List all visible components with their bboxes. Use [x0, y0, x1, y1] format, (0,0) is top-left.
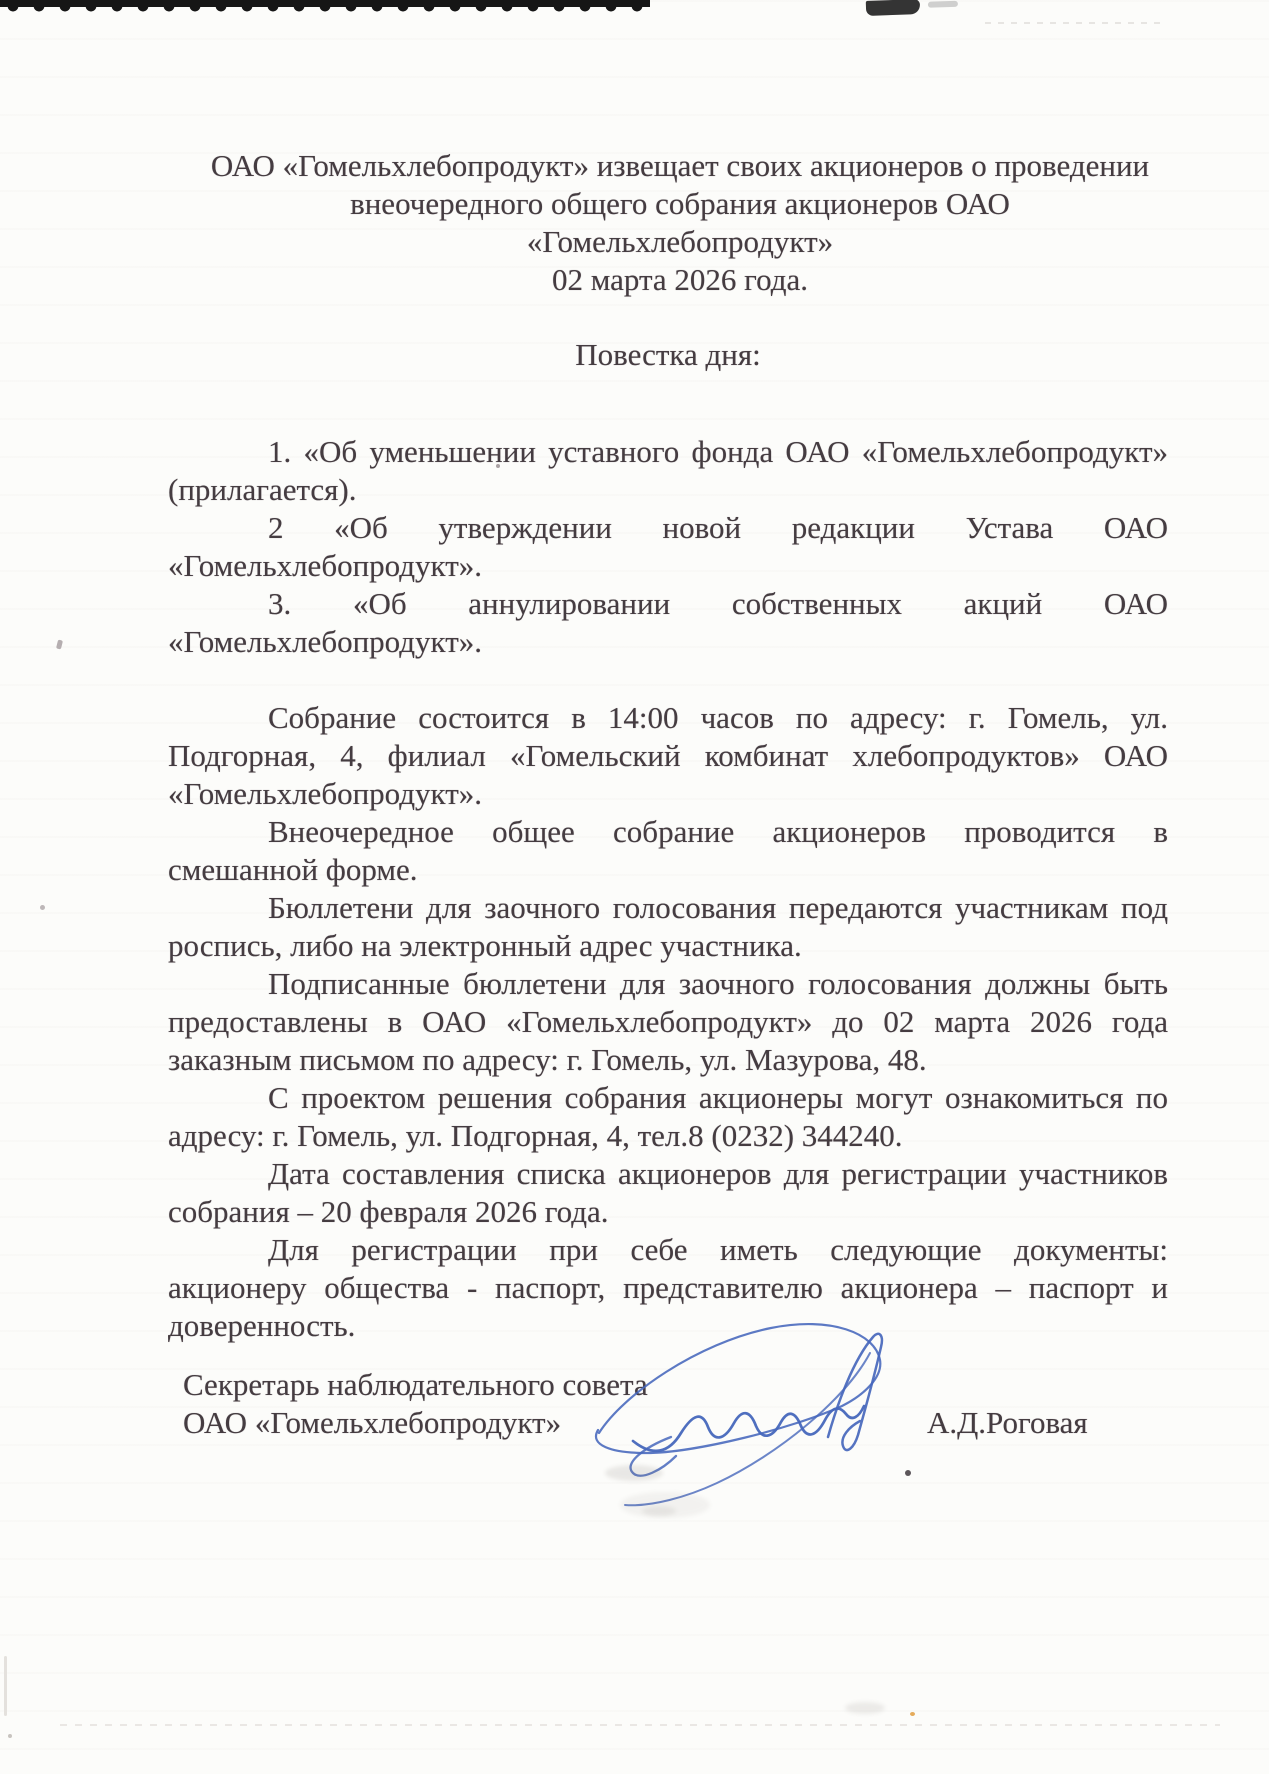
scan-artifact-smudge: [845, 1702, 885, 1714]
document-body: 1. «Об уменьшении уставного фонда ОАО «Г…: [168, 433, 1168, 1345]
body-line: Внеочередное общее собрание акционеров п…: [168, 813, 1168, 851]
scan-artifact-top-bar: [0, 0, 650, 17]
scan-artifact-speck: [8, 1734, 12, 1738]
scan-artifact-smudge: [620, 1492, 710, 1518]
body-line: Собрание состоится в 14:00 часов по адре…: [168, 699, 1168, 737]
body-paragraph: 2 «Об утверждении новой редакции Устава …: [168, 509, 1168, 585]
document-page: ОАО «Гомельхлебопродукт» извещает своих …: [0, 0, 1269, 1774]
body-line: адресу: г. Гомель, ул. Подгорная, 4, тел…: [168, 1117, 1168, 1155]
body-line: Подписанные бюллетени для заочного голос…: [168, 965, 1168, 1003]
document-title: ОАО «Гомельхлебопродукт» извещает своих …: [180, 147, 1180, 299]
body-line: 2 «Об утверждении новой редакции Устава …: [168, 509, 1168, 547]
body-paragraph: С проектом решения собрания акционеры мо…: [168, 1079, 1168, 1155]
title-line: 02 марта 2026 года.: [180, 261, 1180, 299]
scan-artifact-bottom-dotted-line: [60, 1724, 1220, 1726]
body-line: предоставлены в ОАО «Гомельхлебопродукт»…: [168, 1003, 1168, 1041]
scan-artifact-top-dotted-line: [985, 22, 1160, 24]
title-line: «Гомельхлебопродукт»: [180, 223, 1180, 261]
signatory-name: А.Д.Роговая: [927, 1404, 1088, 1442]
handwritten-signature-ink: [575, 1315, 905, 1515]
body-line: «Гомельхлебопродукт».: [168, 775, 1168, 813]
body-line: (прилагается).: [168, 471, 1168, 509]
scan-artifact-speck: [56, 640, 63, 650]
body-line: 3. «Об аннулировании собственных акций О…: [168, 585, 1168, 623]
scan-artifact-smudge: [605, 1465, 663, 1481]
body-line: «Гомельхлебопродукт».: [168, 547, 1168, 585]
scan-artifact-speck: [496, 464, 500, 468]
body-paragraph: Бюллетени для заочного голосования перед…: [168, 889, 1168, 965]
body-line: Подгорная, 4, филиал «Гомельский комбина…: [168, 737, 1168, 775]
scan-artifact-speck: [905, 1470, 911, 1476]
body-line: смешанной форме.: [168, 851, 1168, 889]
body-paragraph: Внеочередное общее собрание акционеров п…: [168, 813, 1168, 889]
body-line: С проектом решения собрания акционеры мо…: [168, 1079, 1168, 1117]
body-line: роспись, либо на электронный адрес участ…: [168, 927, 1168, 965]
document-content: ОАО «Гомельхлебопродукт» извещает своих …: [168, 147, 1168, 1442]
body-paragraph: Дата составления списка акционеров для р…: [168, 1155, 1168, 1231]
scan-artifact-speck: [40, 905, 45, 910]
agenda-heading: Повестка дня:: [168, 336, 1168, 374]
scan-artifact-speck: [910, 1712, 915, 1716]
title-line: ОАО «Гомельхлебопродукт» извещает своих …: [180, 147, 1180, 185]
body-line: заказным письмом по адресу: г. Гомель, у…: [168, 1041, 1168, 1079]
body-paragraph: 1. «Об уменьшении уставного фонда ОАО «Г…: [168, 433, 1168, 509]
body-line: Бюллетени для заочного голосования перед…: [168, 889, 1168, 927]
scan-artifact-edge-streak: [4, 1656, 7, 1716]
body-line: акционеру общества - паспорт, представит…: [168, 1269, 1168, 1307]
body-paragraph: 3. «Об аннулировании собственных акций О…: [168, 585, 1168, 661]
body-paragraph: Собрание состоится в 14:00 часов по адре…: [168, 699, 1168, 813]
body-line: собрания – 20 февраля 2026 года.: [168, 1193, 1168, 1231]
body-line: 1. «Об уменьшении уставного фонда ОАО «Г…: [168, 433, 1168, 471]
body-paragraph: Подписанные бюллетени для заочного голос…: [168, 965, 1168, 1079]
body-line: Для регистрации при себе иметь следующие…: [168, 1231, 1168, 1269]
scan-artifact-top-blob: [866, 0, 920, 16]
title-line: внеочередного общего собрания акционеров…: [180, 185, 1180, 223]
body-line: Дата составления списка акционеров для р…: [168, 1155, 1168, 1193]
body-line: «Гомельхлебопродукт».: [168, 623, 1168, 661]
